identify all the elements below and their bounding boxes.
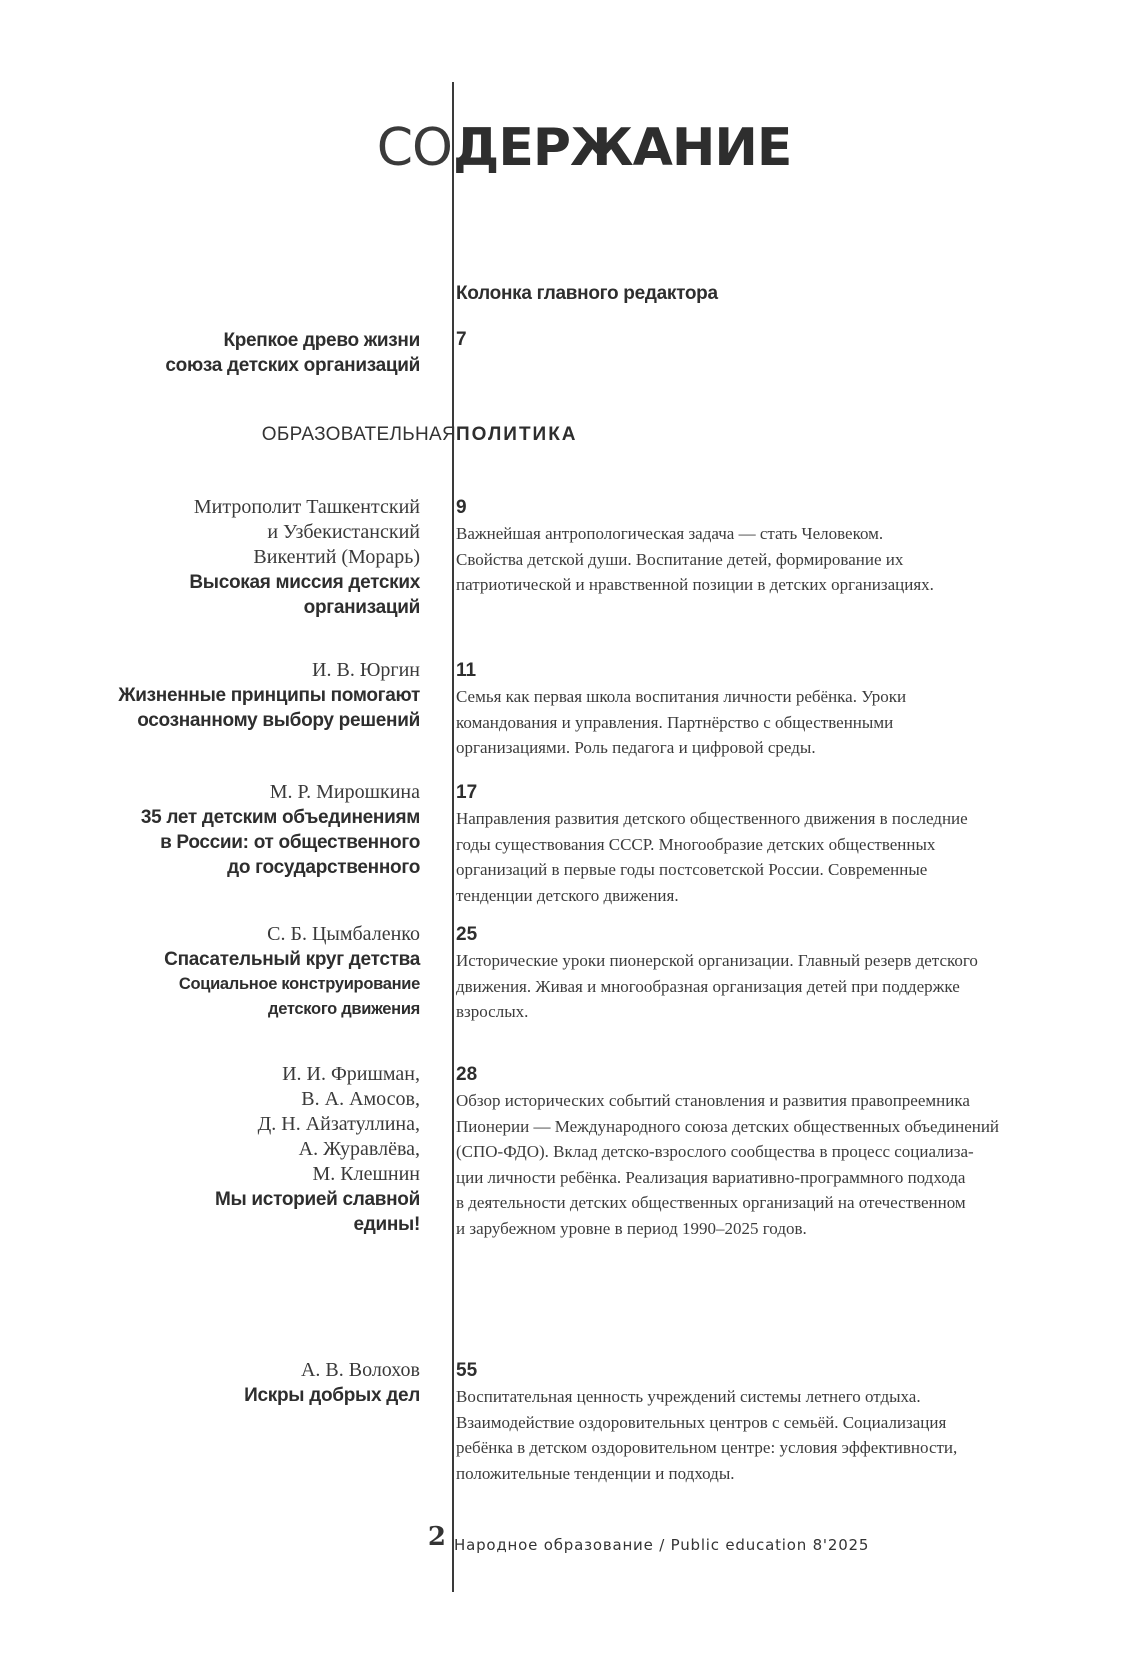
- article-subtitle: Социальное конструирование: [164, 972, 420, 997]
- toc-entry-right: 55Воспитательная ценность учреждений сис…: [456, 1358, 1096, 1486]
- page-title-right: ДЕРЖАНИЕ: [453, 118, 791, 178]
- toc-entry-right: 25Исторические уроки пионерской организа…: [456, 922, 1096, 1025]
- article-description-line: патриотической и нравственной позиции в …: [456, 572, 1096, 598]
- editor-article-page[interactable]: 7: [456, 327, 1096, 353]
- article-page-number[interactable]: 17: [456, 780, 1096, 806]
- article-description-line: взрослых.: [456, 999, 1096, 1025]
- toc-entry-left: И. В. ЮргинЖизненные принципы помогаютос…: [118, 658, 420, 733]
- editor-article-title[interactable]: Крепкое древо жизни союза детских органи…: [165, 328, 420, 378]
- article-description-line: тенденции детского движения.: [456, 883, 1096, 909]
- article-page-number[interactable]: 55: [456, 1358, 1096, 1384]
- article-author: Митрополит Ташкентский: [189, 495, 420, 520]
- article-description-line: Свойства детской души. Воспитание детей,…: [456, 547, 1096, 573]
- toc-entry-left: Митрополит Ташкентскийи УзбекистанскийВи…: [189, 495, 420, 620]
- article-author: И. В. Юргин: [118, 658, 420, 683]
- article-description-line: годы существования СССР. Многообразие де…: [456, 832, 1096, 858]
- article-title[interactable]: едины!: [215, 1212, 420, 1237]
- article-title[interactable]: до государственного: [141, 855, 420, 880]
- article-description-line: и зарубежном уровне в период 1990–2025 г…: [456, 1216, 1096, 1242]
- toc-entry-left: С. Б. ЦымбаленкоСпасательный круг детств…: [164, 922, 420, 1022]
- article-description-line: организациями. Роль педагога и цифровой …: [456, 735, 1096, 761]
- article-description-line: Исторические уроки пионерской организаци…: [456, 948, 1096, 974]
- article-description-line: ции личности ребёнка. Реализация вариати…: [456, 1165, 1096, 1191]
- article-description-line: Важнейшая антропологическая задача — ста…: [456, 521, 1096, 547]
- article-author: А. Журавлёва,: [215, 1137, 420, 1162]
- article-title[interactable]: Высокая миссия детских: [189, 570, 420, 595]
- toc-entry-right: 11Семья как первая школа воспитания личн…: [456, 658, 1096, 761]
- article-author: М. Клешнин: [215, 1162, 420, 1187]
- article-title[interactable]: Искры добрых дел: [244, 1383, 420, 1408]
- article-author: В. А. Амосов,: [215, 1087, 420, 1112]
- footer-journal: Народное образование / Public education …: [454, 1536, 869, 1554]
- article-description-line: Воспитательная ценность учреждений систе…: [456, 1384, 1096, 1410]
- article-author: Д. Н. Айзатуллина,: [215, 1112, 420, 1137]
- article-title[interactable]: Спасательный круг детства: [164, 947, 420, 972]
- article-description-line: командования и управления. Партнёрство с…: [456, 710, 1096, 736]
- article-subtitle: детского движения: [164, 997, 420, 1022]
- article-author: И. И. Фришман,: [215, 1062, 420, 1087]
- toc-entry-right: 9Важнейшая антропологическая задача — ст…: [456, 495, 1096, 598]
- article-author: А. В. Волохов: [244, 1358, 420, 1383]
- article-author: С. Б. Цымбаленко: [164, 922, 420, 947]
- toc-entry-left: А. В. ВолоховИскры добрых дел: [244, 1358, 420, 1408]
- article-author: М. Р. Мирошкина: [141, 780, 420, 805]
- article-description-line: Взаимодействие оздоровительных центров с…: [456, 1410, 1096, 1436]
- article-title[interactable]: осознанному выбору решений: [118, 708, 420, 733]
- toc-entry-left: М. Р. Мирошкина35 лет детским объединени…: [141, 780, 420, 880]
- article-description-line: движения. Живая и многообразная организа…: [456, 974, 1096, 1000]
- article-description-line: Пионерии — Международного союза детских …: [456, 1114, 1096, 1140]
- article-page-number[interactable]: 28: [456, 1062, 1096, 1088]
- article-description-line: (СПО-ФДО). Вклад детско-взрослого сообще…: [456, 1139, 1096, 1165]
- article-title[interactable]: организаций: [189, 595, 420, 620]
- article-description-line: ребёнка в детском оздоровительном центре…: [456, 1435, 1096, 1461]
- article-description-line: положительные тенденции и подходы.: [456, 1461, 1096, 1487]
- editor-column-heading: Колонка главного редактора: [456, 283, 1096, 305]
- article-description-line: в деятельности детских общественных орга…: [456, 1190, 1096, 1216]
- section-heading-right: ПОЛИТИКА: [456, 424, 1096, 446]
- toc-entry-left: И. И. Фришман,В. А. Амосов,Д. Н. Айзатул…: [215, 1062, 420, 1237]
- article-page-number[interactable]: 25: [456, 922, 1096, 948]
- article-title[interactable]: в России: от общественного: [141, 830, 420, 855]
- article-page-number[interactable]: 9: [456, 495, 1096, 521]
- article-description-line: Обзор исторических событий становления и…: [456, 1088, 1096, 1114]
- footer-page-number: 2: [428, 1522, 446, 1552]
- article-page-number[interactable]: 11: [456, 658, 1096, 684]
- article-title[interactable]: Мы историей славной: [215, 1187, 420, 1212]
- article-description-line: организаций в первые годы постсоветской …: [456, 857, 1096, 883]
- article-title[interactable]: Жизненные принципы помогают: [118, 683, 420, 708]
- article-author: Викентий (Морарь): [189, 545, 420, 570]
- page-title-left: СО: [377, 118, 452, 178]
- toc-entry-right: 28Обзор исторических событий становления…: [456, 1062, 1096, 1241]
- toc-entry-right: 17Направления развития детского обществе…: [456, 780, 1096, 908]
- article-author: и Узбекистанский: [189, 520, 420, 545]
- article-description-line: Направления развития детского общественн…: [456, 806, 1096, 832]
- article-description-line: Семья как первая школа воспитания личнос…: [456, 684, 1096, 710]
- section-heading-left: ОБРАЗОВАТЕЛЬНАЯ: [262, 424, 456, 446]
- center-divider-line: [452, 82, 454, 1592]
- article-title[interactable]: 35 лет детским объединениям: [141, 805, 420, 830]
